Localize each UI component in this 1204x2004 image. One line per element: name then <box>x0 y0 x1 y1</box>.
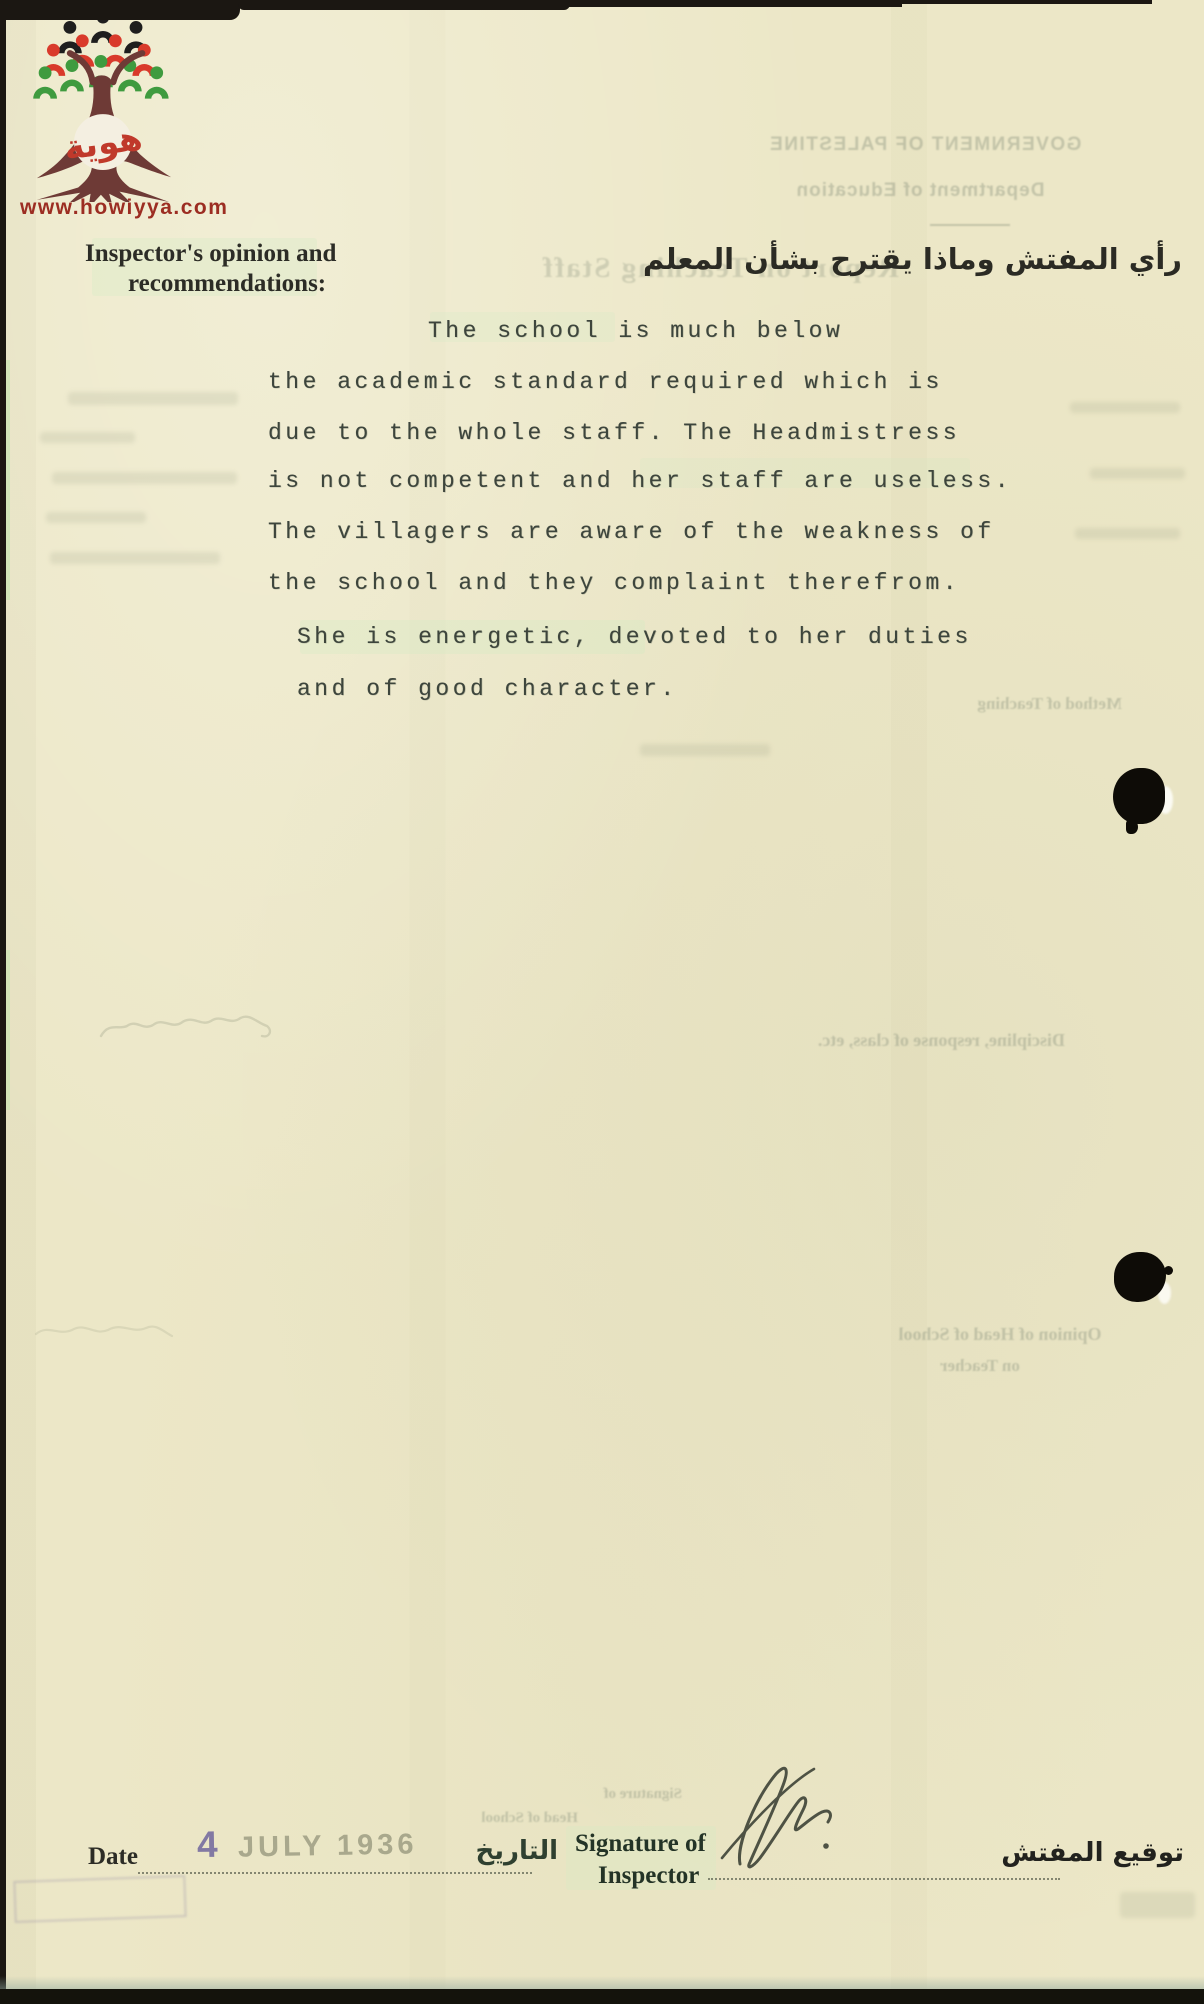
ghost-form-smudge <box>1070 402 1180 413</box>
inspector-label: Inspector <box>598 1862 699 1890</box>
ghost-arabic-squiggle <box>28 1312 178 1348</box>
scan-edge-top <box>0 0 240 20</box>
scan-edge-top <box>238 0 570 10</box>
scan-edge-green-sliver <box>6 950 10 1110</box>
ink-blot-tail <box>1126 820 1138 834</box>
ghost-form-smudge <box>1075 528 1180 539</box>
scan-edge-top <box>900 0 1152 4</box>
scanned-document-page: GOVERNMENT OF PALESTINE Department of Ed… <box>0 0 1204 2004</box>
ghost-form-smudge <box>50 552 220 564</box>
typewritten-line: and of good character. <box>297 676 678 702</box>
scan-edge-top <box>568 0 902 7</box>
scan-edge-bottom-band <box>0 1976 1204 1989</box>
inspector-opinion-label-line2: recommendations: <box>128 270 326 298</box>
howiyya-logo-tree-icon: هوية <box>16 16 192 202</box>
ink-speck <box>1164 1266 1173 1275</box>
ghost-form-smudge <box>40 432 135 443</box>
inspector-opinion-label-line1: Inspector's opinion and <box>85 240 336 268</box>
ghost-form-smudge <box>68 392 238 405</box>
ghost-handwriting <box>95 1000 290 1052</box>
date-stamp-month-year: JULY 1936 <box>238 1828 418 1864</box>
ghost-rule <box>930 224 1010 226</box>
date-label: Date <box>88 1843 138 1871</box>
ink-blot <box>1113 768 1165 824</box>
signature-label-arabic: توقيع المفتش <box>1050 1838 1184 1868</box>
date-stamp-day: 4 <box>197 1824 218 1866</box>
inspector-opinion-label-arabic: رأي المفتش وماذا يقترح بشأن المعلم <box>770 242 1182 276</box>
typewritten-line: due to the whole staff. The Headmistress <box>268 420 960 446</box>
inspector-signature <box>692 1760 864 1878</box>
ghost-stamp-box <box>13 1875 186 1923</box>
ghost-smudge <box>640 744 770 756</box>
watermark-url: www.howiyya.com <box>20 196 228 220</box>
typewritten-line: the academic standard required which is <box>268 369 943 395</box>
ghost-discipline-line: Discipline, response of class, etc. <box>700 1030 1065 1051</box>
ghost-opinion-head-line1: Opinion of Head of School <box>820 1324 1180 1345</box>
typewritten-line: is not competent and her staff are usele… <box>268 468 1012 494</box>
ghost-form-smudge <box>46 512 146 523</box>
typewritten-line: The school is much below <box>428 318 843 344</box>
ghost-department-line: Department of Education <box>760 180 1080 202</box>
ghost-form-smudge <box>52 472 237 484</box>
signature-of-label: Signature of <box>575 1830 706 1858</box>
scan-edge-green-sliver <box>6 360 10 600</box>
typewritten-line: She is energetic, devoted to her duties <box>297 624 972 650</box>
ghost-government-line: GOVERNMENT OF PALESTINE <box>742 134 1108 156</box>
typewritten-line: the school and they complaint therefrom. <box>268 570 960 596</box>
typewritten-line: The villagers are aware of the weakness … <box>268 519 995 545</box>
date-label-arabic: التاريخ <box>478 1836 558 1866</box>
ghost-smudge <box>1120 1892 1195 1918</box>
ghost-head-of-school: Head of School <box>438 1810 578 1827</box>
scan-edge-bottom <box>0 1989 1204 2004</box>
ghost-method-of-teaching: Method of Teaching <box>872 694 1122 714</box>
ghost-opinion-head-line2: on Teacher <box>880 1356 1080 1376</box>
ghost-signature-of: Signature of <box>552 1786 682 1803</box>
ghost-form-smudge <box>1090 468 1185 479</box>
